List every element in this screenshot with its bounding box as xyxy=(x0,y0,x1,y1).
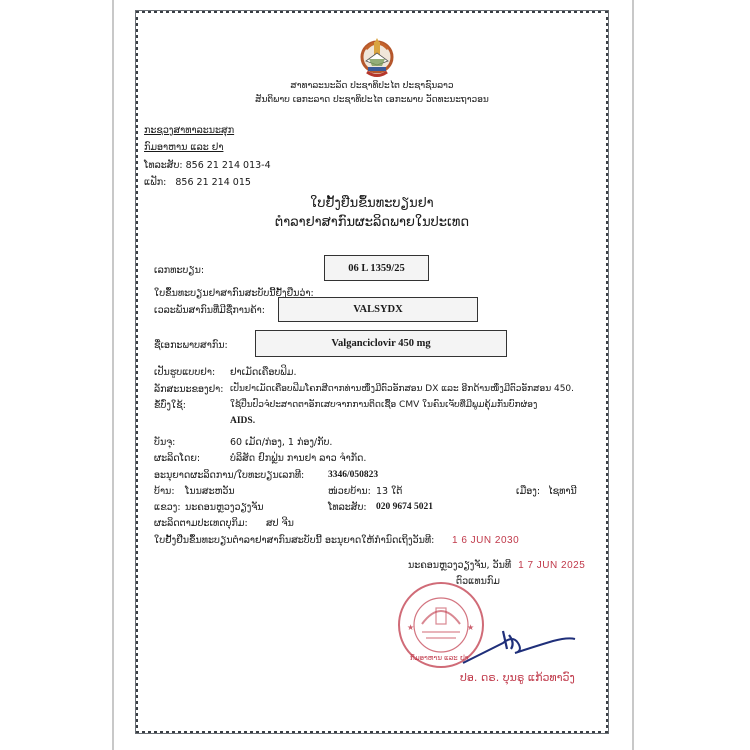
signer-name: ປອ. ດຣ. ບຸນຣູ ແກ້ວທາວົງ xyxy=(460,671,575,684)
package-label: ບັນຈຸ: xyxy=(154,437,175,448)
generic-name-box: Valganciclovir 450 mg xyxy=(255,330,507,357)
origin-label: ຜະລິດຕາມປະເທດບຸກິມ: xyxy=(154,518,248,529)
phone-label: ໂທລະສັບ: xyxy=(144,160,183,171)
brand-name-box: VALSYDX xyxy=(278,297,478,322)
country-name: ສາທາລະນະລັດ ປະຊາທິປະໄຕ ປະຊາຊົນລາວ xyxy=(138,81,606,91)
district-label: ເມືອງ: xyxy=(516,486,540,497)
certificate-title-line1: ໃບຢັ້ງຢືນຂຶ້ນທະບຽນຢາ xyxy=(138,196,606,211)
province-label: ແຂວງ: xyxy=(154,502,181,513)
manufacturer-value: ບໍລິສັດ ຢົກຟຼ່ນ ການຢາ ລາວ ຈຳກັດ. xyxy=(230,453,366,464)
village-label: ບ້ານ: xyxy=(154,486,175,497)
certificate-title-line2: ຕຳລາຢາສາກົນຜະລິດພາຍໃນປະເທດ xyxy=(138,215,606,230)
tel-value: 020 9674 5021 xyxy=(376,502,433,512)
place-date-text: ນະຄອນຫຼວງວຽງຈັນ, ວັນທີ xyxy=(408,560,511,571)
fax-line: ແຟັກ: 856 21 214 015 xyxy=(144,177,251,188)
manufacturer-label: ຜະລິດໂດຍ: xyxy=(154,453,200,464)
phone-line: ໂທລະສັບ: 856 21 214 013-4 xyxy=(144,160,271,171)
indication-value: ໃຊ້ປິ່ນປົວຈໍປະສາດຕາອັກເສບຈາກການຕິດເຊື້ອ … xyxy=(230,400,537,410)
phone-value: 856 21 214 013-4 xyxy=(186,160,271,171)
indication-label: ຂໍ້ບົ່ງໃຊ້: xyxy=(154,400,186,411)
ministry-name: ກະຊວງສາທາລະນະສຸກ xyxy=(144,125,234,136)
origin-value: ສປ ຈີນ xyxy=(266,518,294,529)
indication-value-cont: AIDS. xyxy=(230,416,255,426)
paper-edge-left xyxy=(112,0,114,750)
certificate-document: ສາທາລະນະລັດ ປະຊາທິປະໄຕ ປະຊາຊົນລາວ ສັນຕິພ… xyxy=(135,10,609,734)
license-label: ອະນຸຍາດຜະລິດການ/ໃບທະບຽນເລກທີ: xyxy=(154,470,304,481)
brand-label: ເວລະພັນສາກົນທີ່ມີຊື່ການຄ້າ: xyxy=(154,305,265,316)
appearance-value: ເປັນຢາເມັດເຄືອບຟິມໂຄກສີດາກທ່ານໜຶ່ງມີຕົວອ… xyxy=(230,384,574,394)
tel-label: ໂທລະສັບ: xyxy=(328,502,367,513)
place-date: ນະຄອນຫຼວງວຽງຈັນ, ວັນທີ 1 7 JUN 2025 xyxy=(408,560,585,571)
svg-text:★: ★ xyxy=(407,623,414,632)
validity-text: ໃບຢັ້ງຢືນຂຶ້ນທະບຽນຕຳລາຢາສາກົນສະບັບນີ້ ອະ… xyxy=(154,535,434,546)
unit-label: ໜ່ວຍບ້ານ: xyxy=(328,486,371,497)
registration-number-box: 06 L 1359/25 xyxy=(324,255,429,281)
province-value: ນະຄອນຫຼວງວຽງຈັນ xyxy=(185,502,264,513)
registration-number-label: ເລກທະບຽນ: xyxy=(154,265,204,276)
country-motto: ສັນຕິພາບ ເອກະລາດ ປະຊາທິປະໄຕ ເອກະພາບ ວັດທ… xyxy=(138,95,606,105)
lao-emblem-icon xyxy=(360,35,394,83)
signing-date-stamp: 1 7 JUN 2025 xyxy=(518,560,585,571)
fax-value: 856 21 214 015 xyxy=(175,177,251,188)
department-name: ກົມອາຫານ ແລະ ຢາ xyxy=(144,142,223,153)
license-value: 3346/050823 xyxy=(328,470,378,480)
form-label: ເປັນຮູບແບບຢາ: xyxy=(154,367,215,378)
appearance-label: ລັກສະນະຂອງຢາ: xyxy=(154,384,223,395)
village-value: ໂນນສະຫວັນ xyxy=(185,486,235,497)
form-value: ຢາເມັດເຄືອບຟິມ. xyxy=(230,367,297,378)
unit-value: 13 ໃຕ້ xyxy=(376,486,402,497)
generic-label: ຊື່ເອກະພາບສາກົນ: xyxy=(154,340,228,351)
fax-label: ແຟັກ: xyxy=(144,177,166,188)
district-value: ໄຊທານີ xyxy=(548,486,577,497)
validity-date-stamp: 1 6 JUN 2030 xyxy=(452,535,519,546)
package-value: 60 ເມັດ/ກ່ອງ, 1 ກ່ອງ/ກັບ. xyxy=(230,437,332,448)
paper-edge-right xyxy=(632,0,634,750)
signature-icon xyxy=(443,613,583,673)
